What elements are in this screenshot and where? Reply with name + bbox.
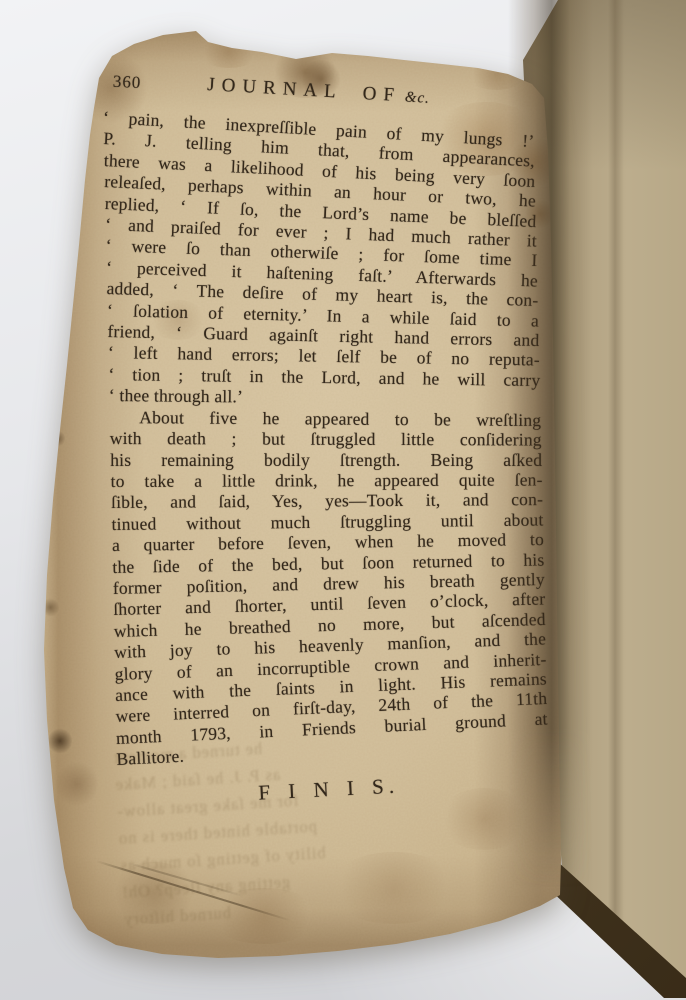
stain — [466, 58, 528, 90]
photo-stage: he turned a momentas P. J. he ſaid ; Mak… — [0, 0, 686, 1000]
running-title-etc: &c. — [404, 89, 430, 106]
stain — [50, 430, 65, 447]
page-number: 360 — [112, 72, 142, 94]
ghost-line: bility of getting ſo much as — [119, 826, 540, 879]
stain — [328, 852, 460, 924]
page-paper: he turned a momentas P. J. he ſaid ; Mak… — [0, 0, 686, 1000]
text-line: with death ; but ſtruggled little conſid… — [110, 428, 542, 451]
body-text: ‘ pain, the inexpreſſible pain of my lun… — [103, 107, 535, 771]
stain — [42, 598, 59, 617]
scratch-mark — [128, 862, 244, 897]
scratch-mark — [96, 860, 292, 922]
ghost-line: burned hiſtory — [122, 879, 543, 932]
stain — [56, 760, 98, 808]
ghost-line: getting any ſleep? Oh! — [121, 853, 542, 906]
stain — [108, 862, 200, 924]
text-line: his remaining bodily ſtrength. Being aſk… — [110, 450, 542, 471]
finis-label: F I N I S. — [112, 766, 545, 813]
stain — [208, 888, 320, 944]
book-page: he turned a momentas P. J. he ſaid ; Mak… — [0, 0, 686, 1000]
stain — [438, 788, 530, 850]
stain — [198, 36, 260, 68]
running-title: JOURNAL OF — [207, 74, 402, 106]
stain — [48, 728, 72, 754]
